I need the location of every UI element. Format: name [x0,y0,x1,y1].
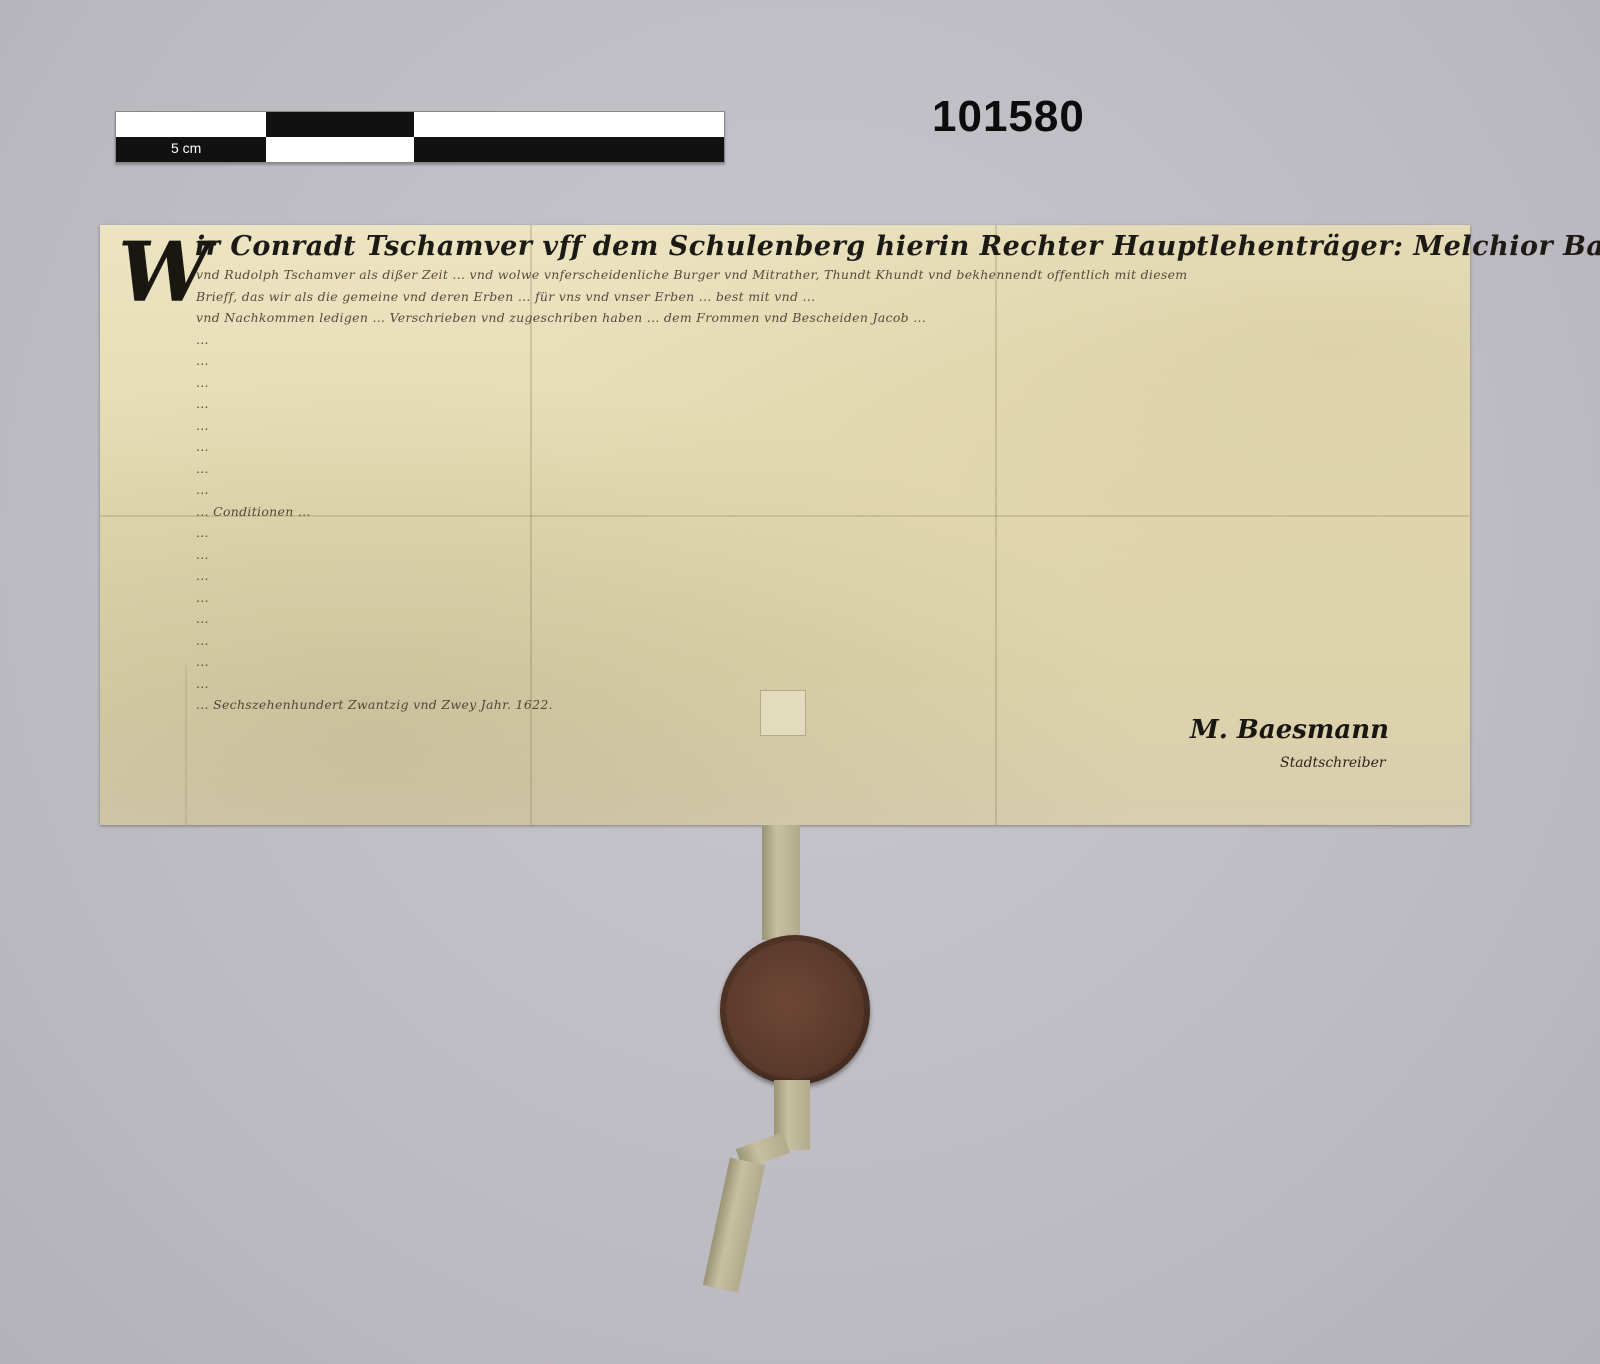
seal-strap-tail [703,1158,765,1293]
scale-segment [116,112,266,137]
text-line: ... [196,396,1446,418]
text-line: ... Conditionen ... [196,504,1446,526]
seal-strap-slot [760,690,806,736]
signature-name: M. Baesmann [1190,715,1389,745]
text-line: ... [196,568,1446,590]
parchment-charter: W ir Conradt Tschamver vff dem Schulenbe… [100,225,1470,825]
text-line: ... [196,654,1446,676]
scale-label: 5 cm [171,140,201,156]
text-line: ... [196,375,1446,397]
scale-bar: 5 cm [115,111,725,163]
scale-segment [266,137,414,162]
fold-line [185,665,187,825]
scale-segment [414,112,724,137]
charter-body: vnd Rudolph Tschamver als dißer Zeit ...… [196,267,1446,719]
seal-strap [762,825,800,940]
text-line: ... [196,439,1446,461]
accession-number: 101580 [932,92,1085,142]
text-line: ... [196,547,1446,569]
text-line: ... [196,611,1446,633]
text-line: Brieff, das wir als die gemeine vnd dere… [196,289,1446,311]
text-line: vnd Rudolph Tschamver als dißer Zeit ...… [196,267,1446,289]
text-line: ... [196,482,1446,504]
text-line: ... [196,676,1446,698]
text-line: ... [196,633,1446,655]
signature-title: Stadtschreiber [1280,755,1386,771]
text-line: ... [196,353,1446,375]
text-line: ... [196,418,1446,440]
text-line: vnd Nachkommen ledigen ... Verschrieben … [196,310,1446,332]
text-line: ... [196,525,1446,547]
text-line: ... [196,590,1446,612]
scale-segment [414,137,724,162]
text-line: ... [196,461,1446,483]
wax-seal [720,935,870,1085]
scale-segment [266,112,414,137]
charter-heading: ir Conradt Tschamver vff dem Schulenberg… [195,231,1515,262]
notary-signature: M. Baesmann Stadtschreiber [1130,695,1450,795]
text-line: ... [196,332,1446,354]
